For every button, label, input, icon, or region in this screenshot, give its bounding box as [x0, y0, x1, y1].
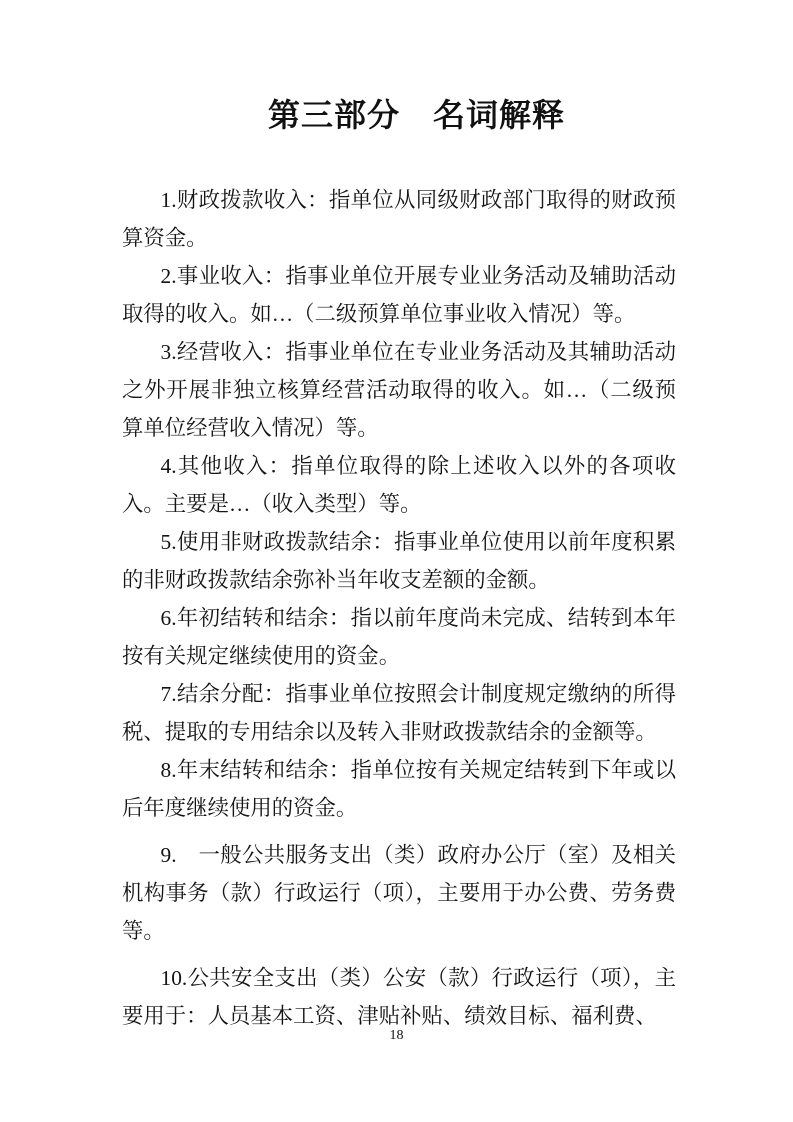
paragraph-10: 10.公共安全支出（类）公安（款）行政运行（项），主要用于：人员基本工资、津贴补… [122, 959, 676, 1035]
document-page: 第三部分 名词解释 1.财政拨款收入：指单位从同级财政部门取得的财政预算资金。2… [0, 0, 793, 1122]
page-title: 第三部分 名词解释 [40, 0, 793, 135]
paragraph-4: 4.其他收入：指单位取得的除上述收入以外的各项收入。主要是…（收入类型）等。 [122, 447, 676, 523]
paragraph-1: 1.财政拨款收入：指单位从同级财政部门取得的财政预算资金。 [122, 181, 676, 257]
paragraph-9: 9. 一般公共服务支出（类）政府办公厅（室）及相关机构事务（款）行政运行（项），… [122, 836, 676, 950]
paragraph-2: 2.事业收入：指事业单位开展专业业务活动及辅助活动取得的收入。如…（二级预算单位… [122, 257, 676, 333]
paragraph-5: 5.使用非财政拨款结余：指事业单位使用以前年度积累的非财政拨款结余弥补当年收支差… [122, 523, 676, 599]
paragraph-3: 3.经营收入：指事业单位在专业业务活动及其辅助活动之外开展非独立核算经营活动取得… [122, 333, 676, 447]
page-number: 18 [390, 1028, 404, 1043]
page-footer: 18 [0, 1026, 793, 1044]
paragraph-8: 8.年末结转和结余：指单位按有关规定结转到下年或以后年度继续使用的资金。 [122, 751, 676, 827]
paragraph-7: 7.结余分配：指事业单位按照会计制度规定缴纳的所得税、提取的专用结余以及转入非财… [122, 675, 676, 751]
document-body: 1.财政拨款收入：指单位从同级财政部门取得的财政预算资金。2.事业收入：指事业单… [122, 181, 676, 1035]
paragraph-6: 6.年初结转和结余：指以前年度尚未完成、结转到本年按有关规定继续使用的资金。 [122, 599, 676, 675]
